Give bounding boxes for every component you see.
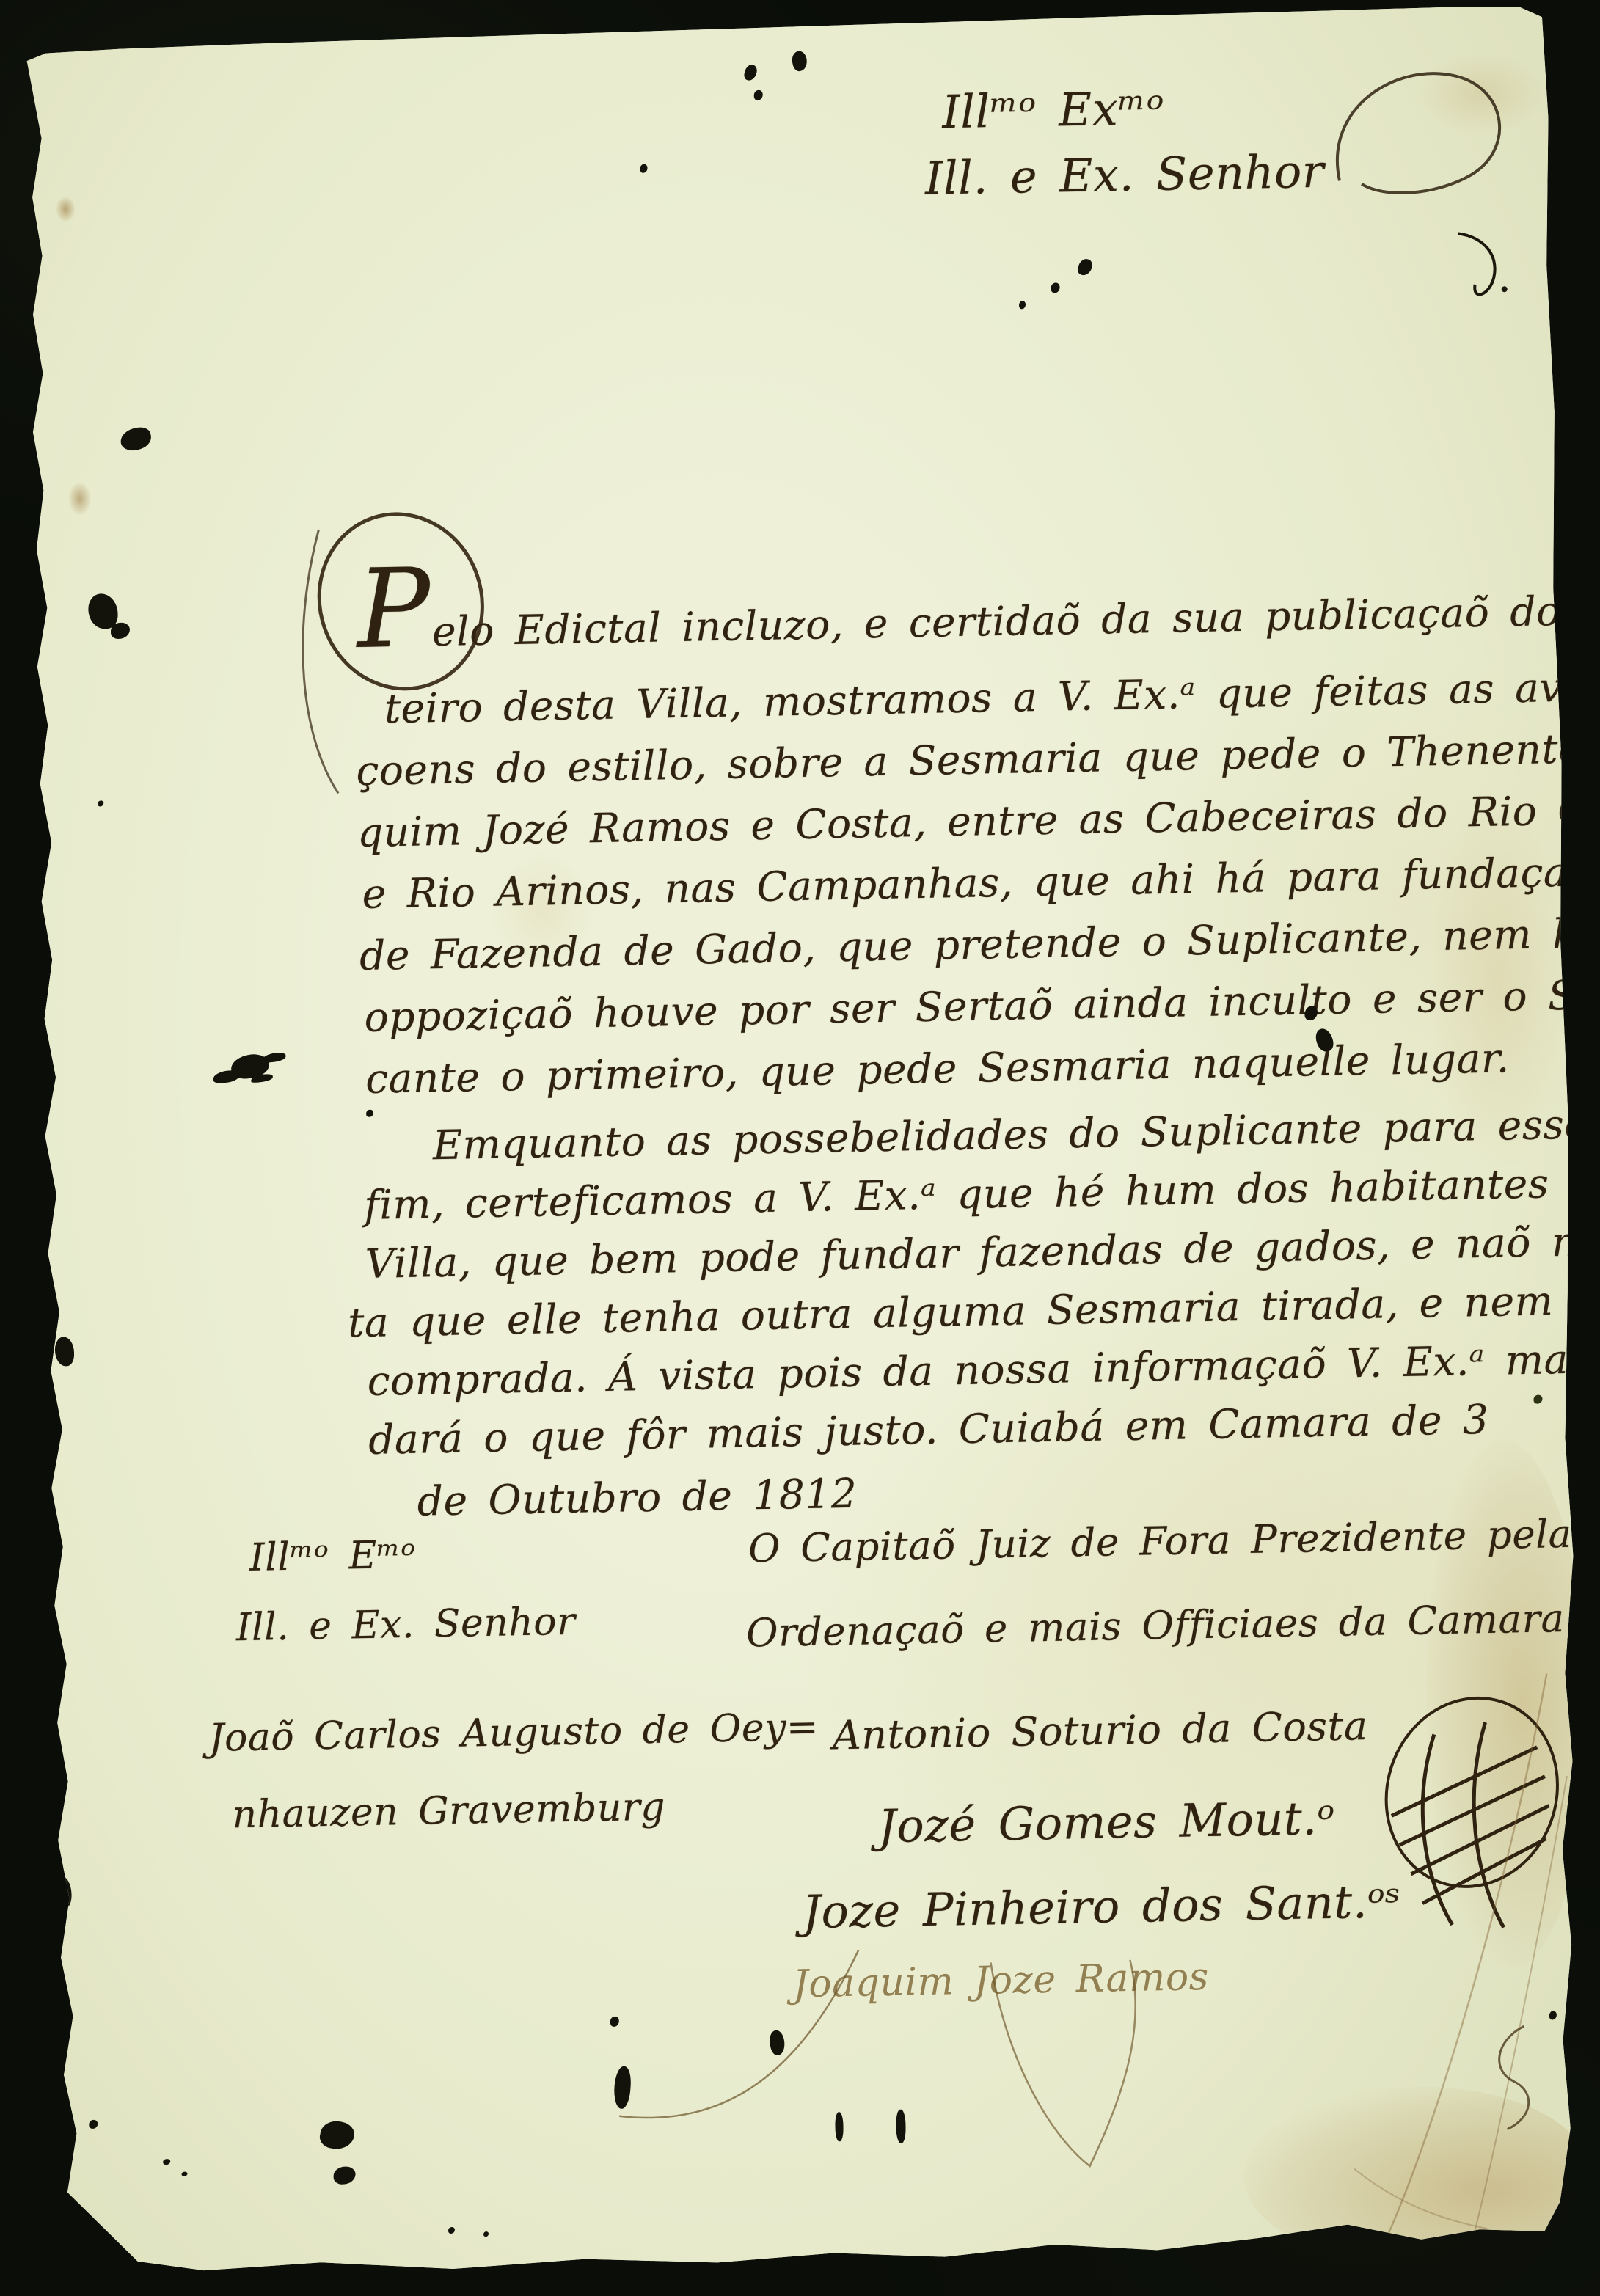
ink-blot bbox=[835, 2112, 844, 2141]
body-line: de Fazenda de Gado, que pretende o Supli… bbox=[359, 908, 1600, 979]
ink-blot bbox=[1019, 301, 1026, 309]
body-line: cante o primeiro, que pede Sesmaria naqu… bbox=[365, 1034, 1510, 1103]
paper-stain bbox=[68, 483, 91, 516]
ink-blot bbox=[754, 90, 763, 100]
ink-blot bbox=[743, 63, 759, 81]
body-line: dará o que fôr mais justo. Cuiabá em Cam… bbox=[368, 1396, 1489, 1463]
paper-sheet: Illᵐᵒ Exᵐᵒ Ill. e Ex. Senhor Pelo Edicta… bbox=[1, 1, 1600, 2292]
signature: Jozé Gomes Mout.ᵒ bbox=[877, 1791, 1335, 1853]
ink-blot bbox=[790, 50, 809, 73]
ink-blot bbox=[45, 1530, 55, 1543]
ink-blot bbox=[181, 2172, 187, 2176]
ink-blot bbox=[1533, 1395, 1542, 1404]
scanned-manuscript-page: Illᵐᵒ Exᵐᵒ Ill. e Ex. Senhor Pelo Edicta… bbox=[0, 0, 1600, 2296]
ink-blot bbox=[49, 1874, 72, 1910]
ink-blot bbox=[163, 2159, 170, 2165]
heading-salutation-abbrev: Illᵐᵒ Exᵐᵒ bbox=[942, 81, 1165, 139]
ink-blot bbox=[366, 1110, 373, 1117]
ink-squiggle bbox=[1443, 222, 1525, 311]
pen-flourish bbox=[549, 1915, 1216, 2234]
body-line: çoens do estillo, sobre a Sesmaria que p… bbox=[356, 723, 1600, 794]
body-line: teiro desta Villa, mostramos a V. Ex.ᵃ q… bbox=[384, 661, 1600, 733]
ink-blot bbox=[98, 800, 103, 806]
heading-flourish bbox=[1293, 45, 1546, 218]
body-line: quim Jozé Ramos e Costa, entre as Cabece… bbox=[357, 784, 1600, 856]
date-line: de Outubro de 1812 bbox=[417, 1470, 858, 1525]
ink-blot bbox=[1051, 282, 1059, 293]
ink-blot bbox=[640, 164, 647, 173]
ink-blot bbox=[111, 623, 130, 639]
body-line: Villa, que bem pode fundar fazendas de g… bbox=[365, 1215, 1600, 1287]
body-line: ta que elle tenha outra alguma Sesmaria … bbox=[348, 1277, 1554, 1346]
ink-blot bbox=[89, 2120, 98, 2129]
heading-salutation: Ill. e Ex. Senhor bbox=[924, 145, 1324, 205]
ink-squiggle bbox=[1472, 2018, 1555, 2137]
paper-stain bbox=[56, 197, 76, 222]
ink-blot bbox=[119, 425, 153, 452]
addressee-salutation: Ill. e Ex. Senhor bbox=[235, 1600, 576, 1650]
crease-lines bbox=[1278, 1615, 1598, 2266]
body-line: Pelo Edictal incluzo, e certidaõ da sua … bbox=[357, 585, 1600, 657]
issuer-line1: O Capitaõ Juiz de Fora Prezidente pela bbox=[748, 1512, 1572, 1572]
ink-blot bbox=[55, 1337, 75, 1366]
ink-blot bbox=[448, 2227, 455, 2234]
body-line: oppoziçaõ houve por ser Sertaõ ainda inc… bbox=[364, 970, 1600, 1041]
body-line: Emquanto as possebelidades do Suplicante… bbox=[432, 1100, 1589, 1169]
body-line: comprada. Á vista pois da nossa informaç… bbox=[367, 1334, 1600, 1405]
addressee-salutation-abbrev: Illᵐᵒ Eᵐᵒ bbox=[249, 1533, 417, 1580]
ink-blot bbox=[483, 2231, 489, 2237]
ink-blot bbox=[230, 1053, 271, 1081]
ink-blot bbox=[896, 2110, 906, 2143]
ink-blot bbox=[318, 2118, 356, 2152]
ink-blot bbox=[333, 2166, 355, 2185]
ink-blot bbox=[1076, 257, 1094, 277]
body-line: fim, certeficamos a V. Ex.ᵃ que hé hum d… bbox=[364, 1158, 1600, 1229]
addressee-name-line1: Joaõ Carlos Augusto de Oey= bbox=[208, 1705, 819, 1761]
addressee-name-line2: nhauzen Gravemburg bbox=[232, 1785, 665, 1838]
ink-blot bbox=[88, 593, 118, 629]
body-line: e Rio Arinos, nas Campanhas, que ahi há … bbox=[362, 848, 1593, 918]
